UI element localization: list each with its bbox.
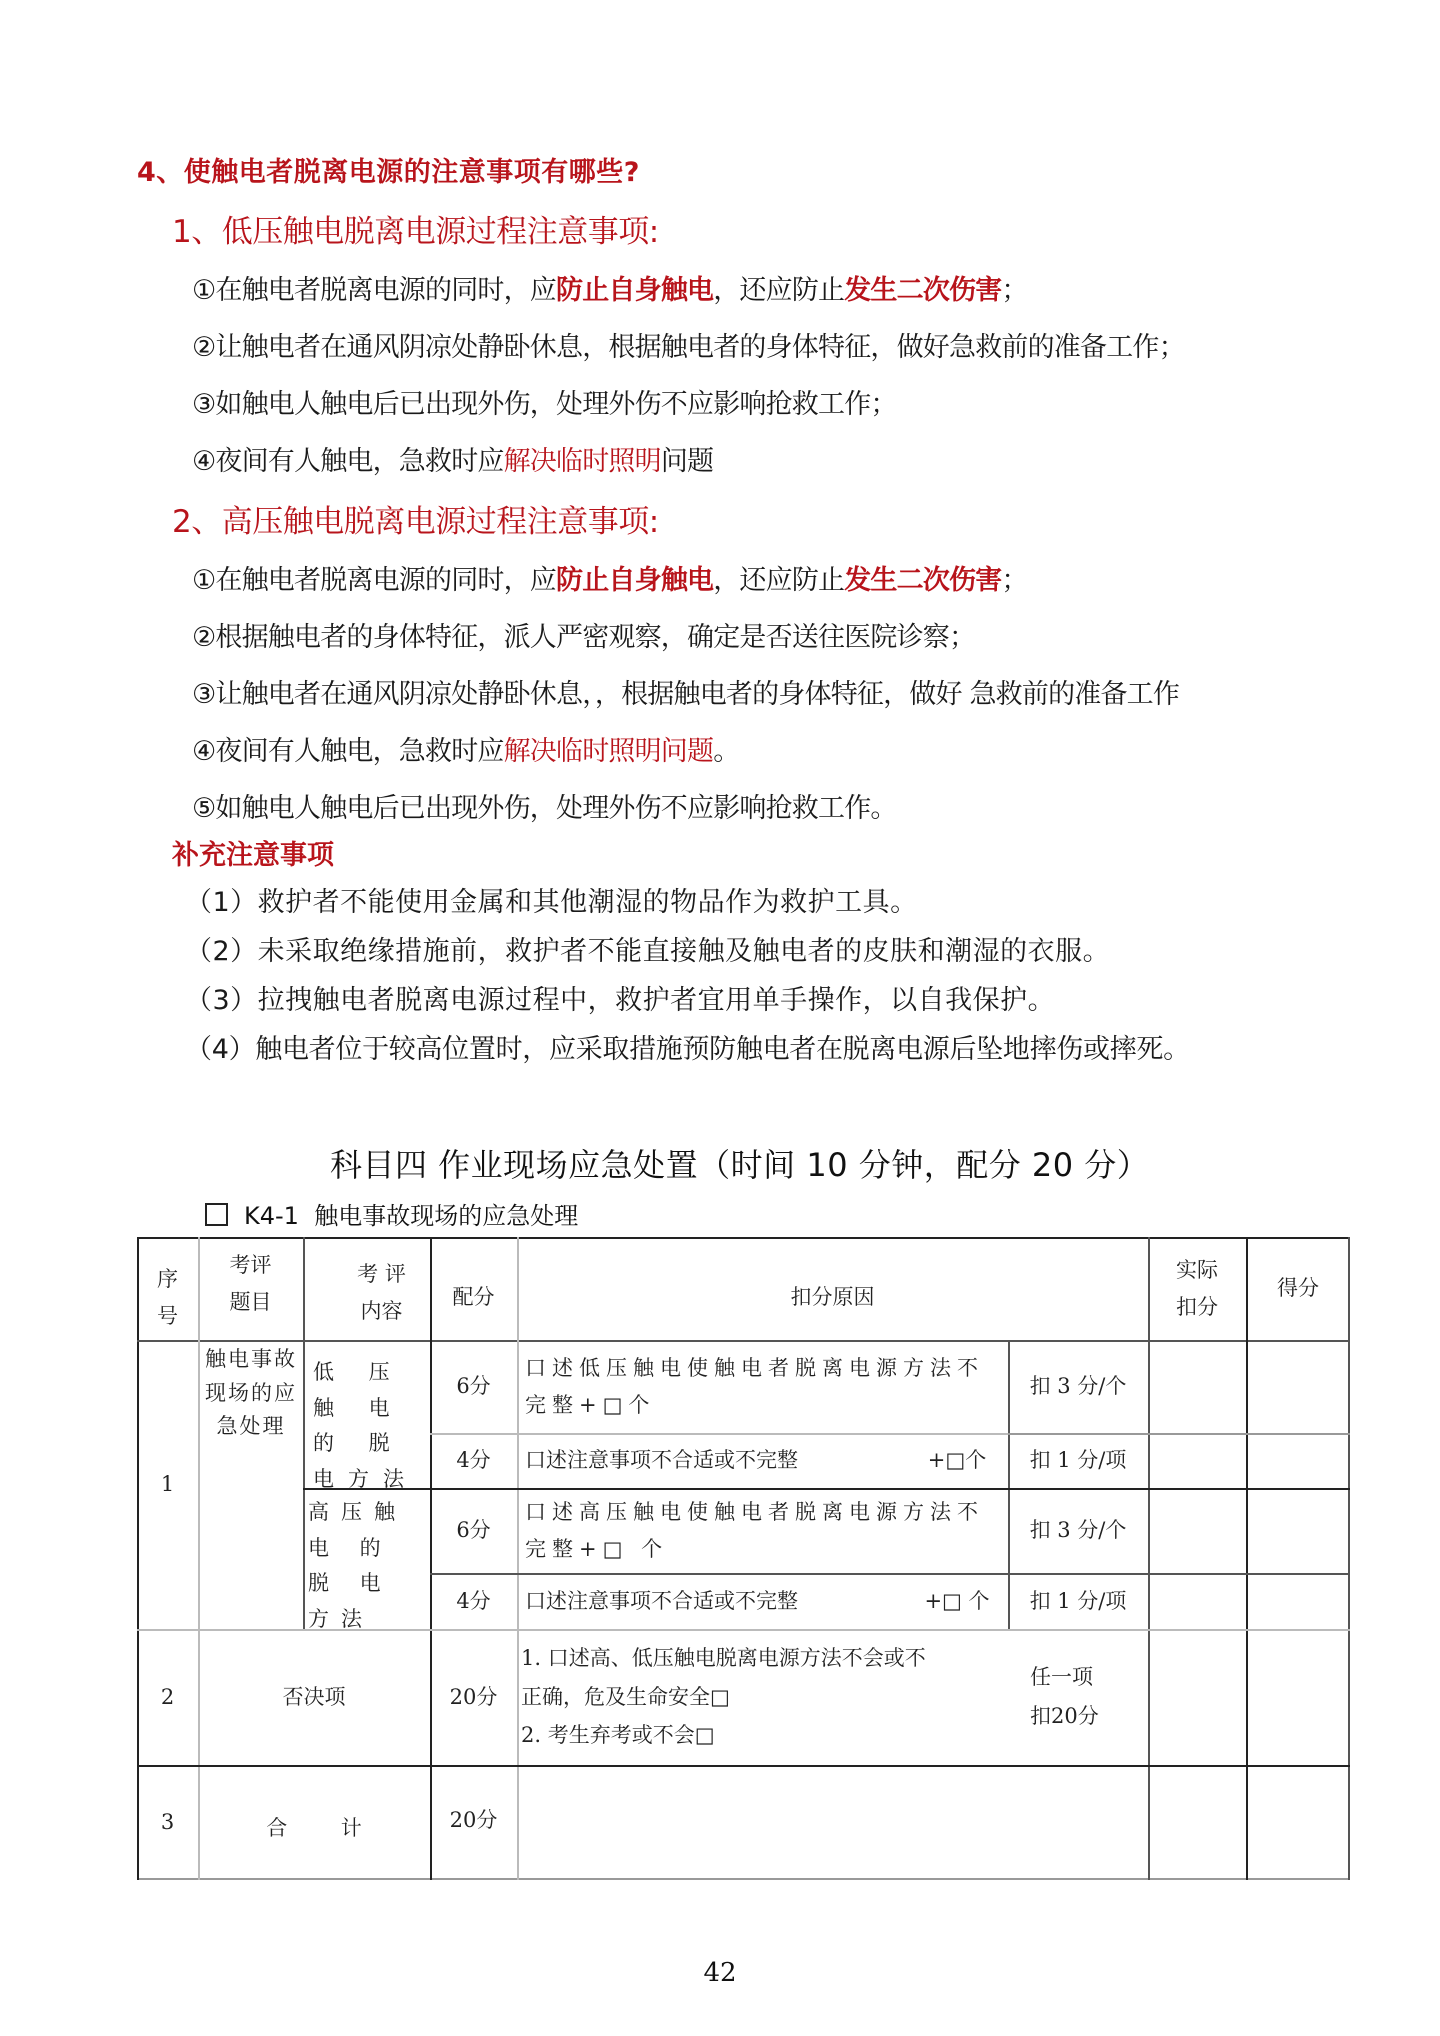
row1-high-count-2: +□ 个 xyxy=(907,1573,1007,1629)
item-code: K4-1 xyxy=(244,1202,299,1230)
row1-topic: 触电事故现场的应急处理 xyxy=(201,1343,301,1463)
header-points: 配分 xyxy=(430,1237,517,1340)
supplement-item-3: （3）拉拽触电者脱离电源过程中，救护者宜用单手操作，以自我保护。 xyxy=(185,978,1055,1017)
row2-topic: 否决项 xyxy=(198,1629,430,1765)
row1-low-count-2: +□个 xyxy=(907,1433,1007,1488)
high-voltage-item-2: ②根据触电者的身体特征，派人严密观察，确定是否送往医院诊察； xyxy=(192,615,975,654)
supplement-item-4: （4）触电者位于较高位置时，应采取措施预防触电者在脱离电源后坠地摔伤或摔死。 xyxy=(185,1027,1190,1066)
high-voltage-item-3: ③让触电者在通风阴凉处静卧休息，，根据触电者的身体特征，做好 急救前的准备工作 xyxy=(192,672,1179,711)
low-voltage-item-1: ①在触电者脱离电源的同时，应防止自身触电，还应防止发生二次伤害； xyxy=(192,268,1028,307)
section-title: 科目四 作业现场应急处置（时间 10 分钟，配分 20 分） xyxy=(330,1140,1149,1186)
row1-low-points-1: 6分 xyxy=(430,1340,517,1433)
row1-seq: 1 xyxy=(137,1340,198,1629)
row1-low-reason-2: 口述注意事项不合适或不完整 xyxy=(525,1433,855,1488)
row1-low-points-2: 4分 xyxy=(430,1433,517,1488)
checkbox-icon[interactable] xyxy=(205,1203,228,1226)
low-voltage-item-3: ③如触电人触电后已出现外伤，处理外伤不应影响抢救工作； xyxy=(192,382,897,421)
page-number: 42 xyxy=(0,1958,1440,1988)
header-seq: 序号 xyxy=(137,1237,198,1340)
row3-points: 20分 xyxy=(430,1765,517,1875)
supplement-heading: 补充注意事项 xyxy=(172,833,334,872)
row1-low-deduct-2: 扣 1 分/项 xyxy=(1008,1433,1148,1488)
row2-deduct: 任一项 扣20分 xyxy=(1008,1629,1148,1765)
row1-low-deduct-1: 扣 3 分/个 xyxy=(1008,1340,1148,1433)
item-title: 触电事故现场的应急处理 xyxy=(314,1202,578,1230)
row2-points: 20分 xyxy=(430,1629,517,1765)
row1-high-deduct-1: 扣 3 分/个 xyxy=(1008,1488,1148,1573)
row2-reason: 1. 口述高、低压触电脱离电源方法不会或不 正确，危及生命安全□ 2. 考生弃考… xyxy=(521,1629,1007,1765)
header-reason: 扣分原因 xyxy=(517,1237,1148,1340)
header-score: 得分 xyxy=(1246,1237,1350,1340)
row3-topic: 合 计 xyxy=(198,1777,430,1880)
row1-high-reason-1: 口述高压触电使触电者脱离电源方法不 完整+□ 个 xyxy=(525,1488,1005,1573)
row1-low-reason-1: 口述低压触电使触电者脱离电源方法不 完整+□个 xyxy=(525,1340,1005,1433)
row1-high-points-1: 6分 xyxy=(430,1488,517,1573)
row1-high-reason-2: 口述注意事项不合适或不完整 xyxy=(525,1573,855,1629)
row1-high-points-2: 4分 xyxy=(430,1573,517,1629)
row3-seq: 3 xyxy=(137,1765,198,1880)
header-topic: 考评题目 xyxy=(198,1237,303,1340)
low-voltage-item-4: ④夜间有人触电，急救时应解决临时照明问题 xyxy=(192,439,713,478)
low-voltage-item-2: ②让触电者在通风阴凉处静卧休息，根据触电者的身体特征，做好急救前的准备工作； xyxy=(192,325,1185,364)
supplement-item-2: （2）未采取绝缘措施前，救护者不能直接触及触电者的皮肤和潮湿的衣服。 xyxy=(185,929,1110,968)
high-voltage-item-4: ④夜间有人触电，急救时应解决临时照明问题。 xyxy=(192,729,739,768)
row1-high-deduct-2: 扣 1 分/项 xyxy=(1008,1573,1148,1629)
low-voltage-heading: 1、低压触电脱离电源过程注意事项: xyxy=(172,206,659,251)
header-content: 考 评内容 xyxy=(303,1237,430,1340)
high-voltage-item-1: ①在触电者脱离电源的同时，应防止自身触电，还应防止发生二次伤害； xyxy=(192,558,1028,597)
row1-high-voltage-content: 高压触 电 的 脱 电 方法 xyxy=(308,1495,426,1620)
question-title: 4、使触电者脱离电源的注意事项有哪些? xyxy=(137,150,640,189)
high-voltage-heading: 2、高压触电脱离电源过程注意事项: xyxy=(172,496,659,541)
row2-seq: 2 xyxy=(137,1629,198,1765)
item-heading: K4-1 触电事故现场的应急处理 xyxy=(205,1196,578,1231)
scoring-table: 序号 考评题目 考 评内容 配分 扣分原因 实际扣分 得分 1 触电事故现场的应… xyxy=(137,1237,1350,1880)
high-voltage-item-5: ⑤如触电人触电后已出现外伤，处理外伤不应影响抢救工作。 xyxy=(192,786,897,825)
header-actual-deduction: 实际扣分 xyxy=(1148,1237,1246,1340)
row1-low-voltage-content: 低 压 触 电 的 脱 电方法 xyxy=(313,1355,425,1480)
supplement-item-1: （1）救护者不能使用金属和其他潮湿的物品作为救护工具。 xyxy=(185,880,918,919)
